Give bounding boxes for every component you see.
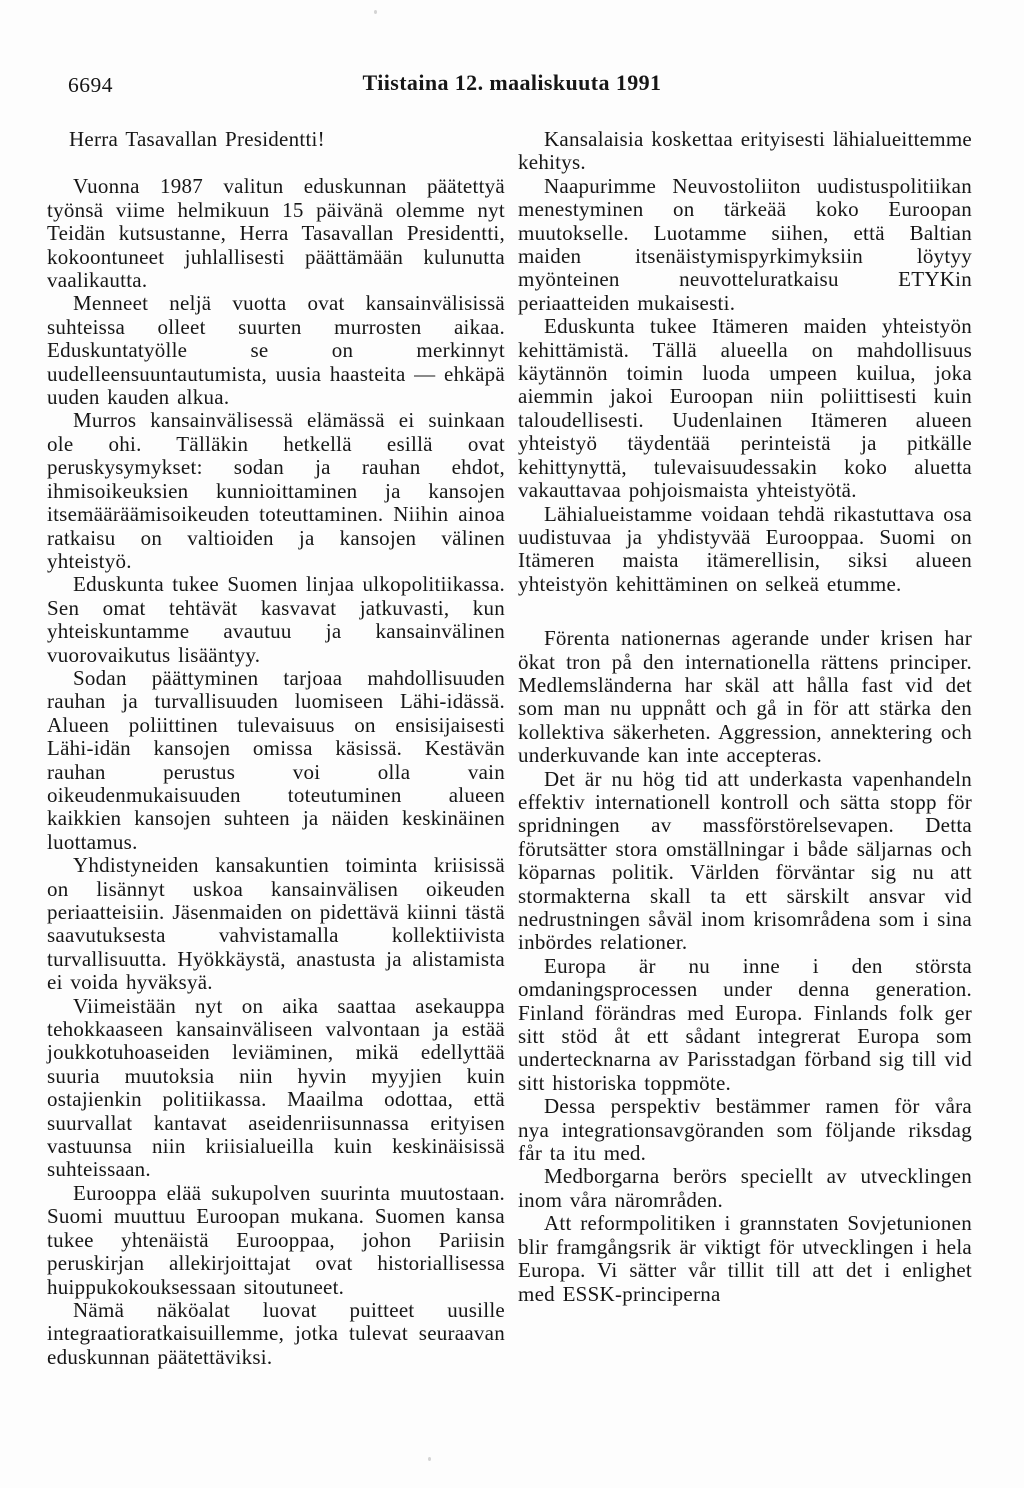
paragraph: Eduskunta tukee Suomen linjaa ulkopoliti… <box>47 573 505 667</box>
scan-speck <box>428 1457 431 1461</box>
paragraph: Medborgarna berörs speciellt av utveckli… <box>518 1165 972 1212</box>
paragraph: Sodan päättyminen tarjoaa mahdollisuuden… <box>47 667 505 854</box>
paragraph: Lähialueistamme voidaan tehdä rikastutta… <box>518 503 972 597</box>
finnish-section: Kansalaisia koskettaa erityisesti lähial… <box>518 128 972 596</box>
two-column-text: Herra Tasavallan Presidentti! Vuonna 198… <box>47 128 972 1369</box>
paragraph: Eduskunta tukee Itämeren maiden yhteisty… <box>518 315 972 502</box>
paragraph: Europa är nu inne i den största omdaning… <box>518 955 972 1095</box>
left-column: Herra Tasavallan Presidentti! Vuonna 198… <box>47 128 505 1369</box>
paragraph: Det är nu hög tid att underkasta vapenha… <box>518 768 972 955</box>
page-header: 6694 Tiistaina 12. maaliskuuta 1991 <box>0 70 1024 98</box>
swedish-section: Förenta nationernas agerande under krise… <box>518 627 972 1306</box>
page-header-title: Tiistaina 12. maaliskuuta 1991 <box>0 70 1024 96</box>
paragraph: Vuonna 1987 valitun eduskunnan päätettyä… <box>47 175 505 292</box>
paragraph: Dessa perspektiv bestämmer ramen för vår… <box>518 1095 972 1165</box>
paragraph: Viimeistään nyt on aika saattaa asekaupp… <box>47 995 505 1182</box>
paragraph: Yhdistyneiden kansakuntien toiminta krii… <box>47 854 505 994</box>
paragraph: Kansalaisia koskettaa erityisesti lähial… <box>518 128 972 175</box>
paragraph: Att reformpolitiken i grannstaten Sovjet… <box>518 1212 972 1306</box>
salutation-heading: Herra Tasavallan Presidentti! <box>47 128 505 151</box>
document-page: 6694 Tiistaina 12. maaliskuuta 1991 Herr… <box>0 0 1024 1488</box>
paragraph: Eurooppa elää sukupolven suurinta muutos… <box>47 1182 505 1299</box>
scan-speck <box>374 10 377 14</box>
paragraph: Menneet neljä vuotta ovat kansainvälisis… <box>47 292 505 409</box>
paragraph: Nämä näköalat luovat puitteet uusille in… <box>47 1299 505 1369</box>
paragraph: Naapurimme Neuvostoliiton uudistuspoliti… <box>518 175 972 315</box>
right-column: Kansalaisia koskettaa erityisesti lähial… <box>518 128 972 1369</box>
paragraph: Förenta nationernas agerande under krise… <box>518 627 972 767</box>
paragraph: Murros kansainvälisessä elämässä ei suin… <box>47 409 505 573</box>
